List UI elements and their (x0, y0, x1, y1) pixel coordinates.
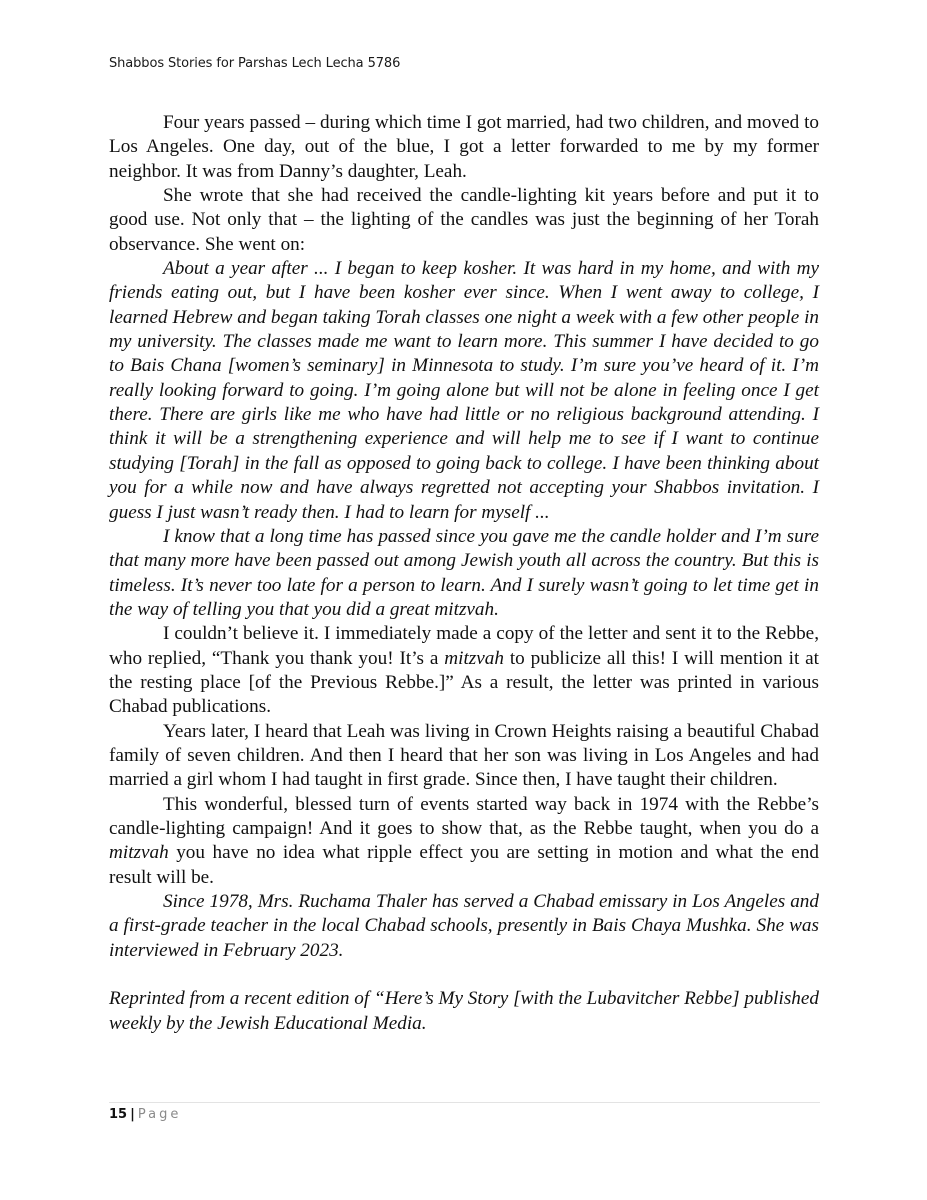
page-footer: 15|Page (109, 1107, 181, 1122)
footer-separator: | (130, 1107, 135, 1122)
letter-quote-part-2: I know that a long time has passed since… (109, 525, 819, 622)
text-segment: This wonderful, blessed turn of events s… (109, 794, 819, 839)
article-body: Four years passed – during which time I … (109, 111, 819, 1036)
paragraph-rebbe-reply: I couldn’t believe it. I immediately mad… (109, 622, 819, 719)
emphasis-mitzvah: mitzvah (444, 648, 504, 669)
paragraph-conclusion: This wonderful, blessed turn of events s… (109, 793, 819, 890)
spacer (109, 963, 819, 987)
footer-divider (109, 1102, 820, 1103)
reprint-credit: Reprinted from a recent edition of “Here… (109, 987, 819, 1036)
emphasis-mitzvah: mitzvah (109, 842, 169, 863)
paragraph-leah-wrote: She wrote that she had received the cand… (109, 184, 819, 257)
document-page: Shabbos Stories for Parshas Lech Lecha 5… (0, 0, 927, 1200)
author-bio: Since 1978, Mrs. Ruchama Thaler has serv… (109, 890, 819, 963)
letter-quote-part-1: About a year after ... I began to keep k… (109, 257, 819, 525)
text-segment: you have no idea what ripple effect you … (109, 842, 819, 887)
paragraph-letter-arrival: Four years passed – during which time I … (109, 111, 819, 184)
page-number: 15 (109, 1107, 127, 1122)
running-header: Shabbos Stories for Parshas Lech Lecha 5… (109, 56, 400, 71)
page-label: Page (138, 1107, 181, 1122)
paragraph-years-later: Years later, I heard that Leah was livin… (109, 720, 819, 793)
